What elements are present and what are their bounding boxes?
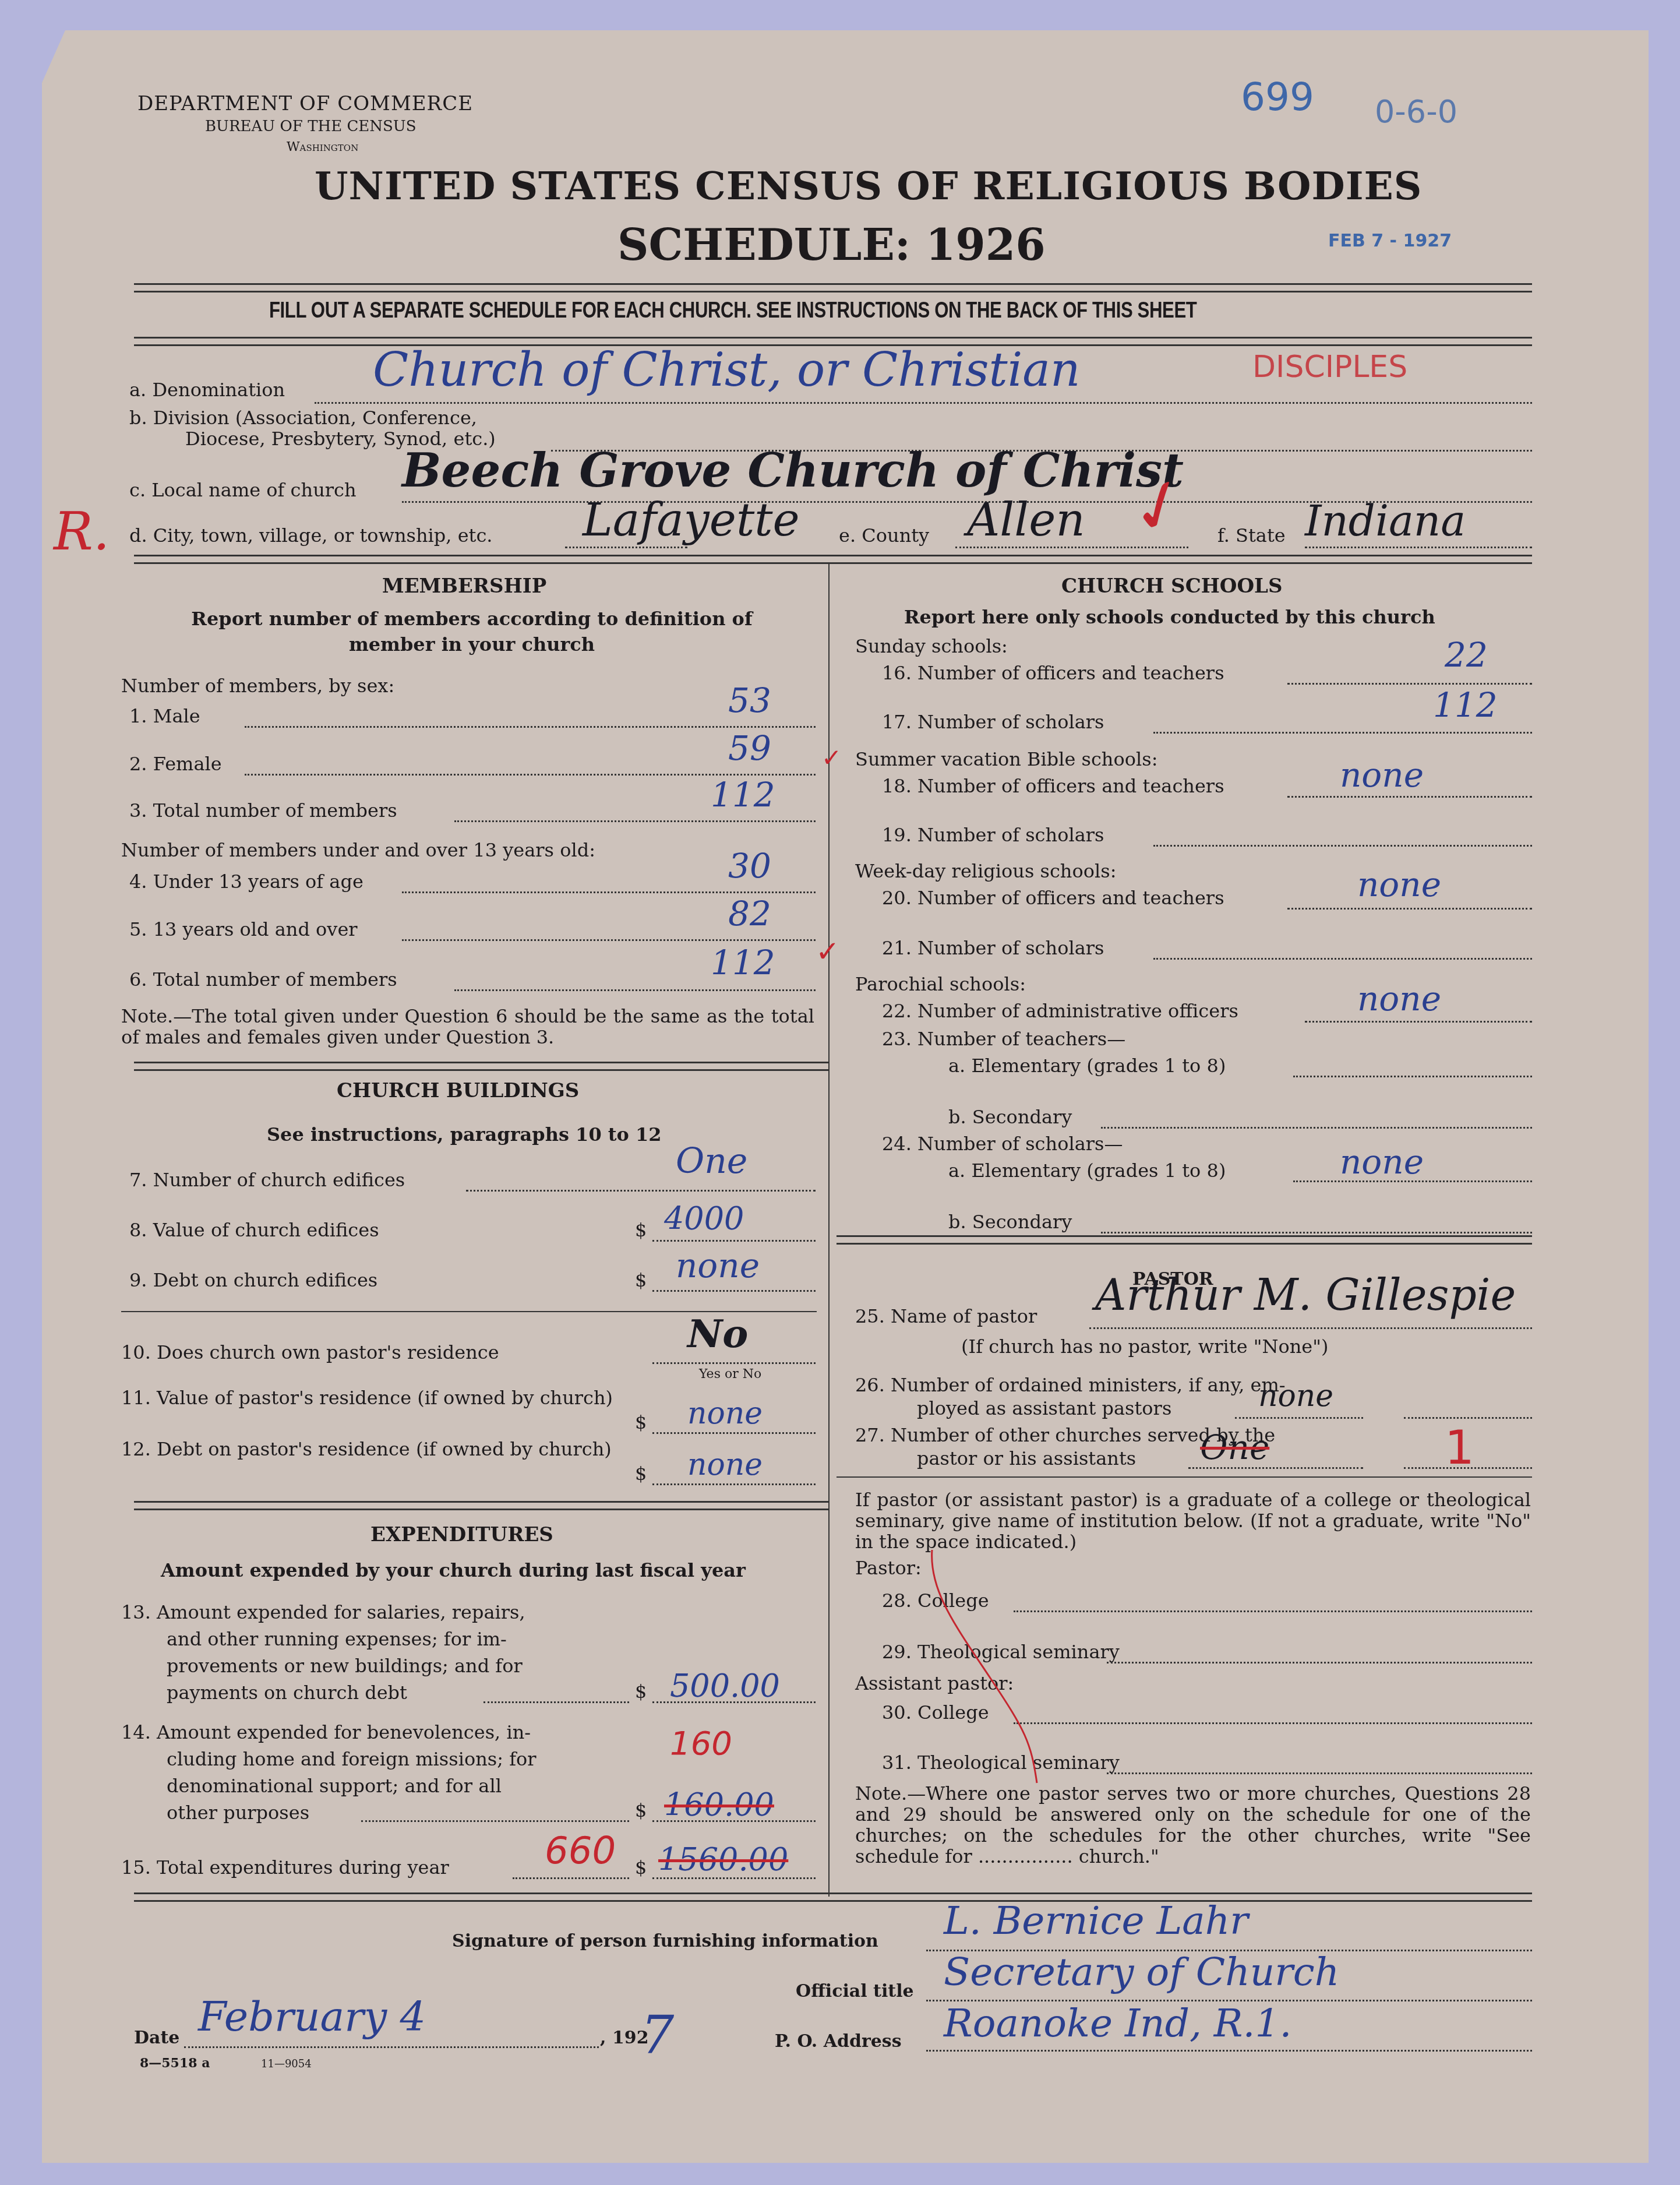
q13-line-2: and other running expenses; for im- bbox=[121, 1626, 525, 1652]
divider bbox=[134, 283, 1532, 292]
q20-label: 20. Number of officers and teachers bbox=[882, 887, 1224, 909]
total-members-label: 3. Total number of members bbox=[129, 799, 397, 822]
form-title: UNITED STATES CENSUS OF RELIGIOUS BODIES bbox=[315, 163, 1423, 209]
pastor-heading: Pastor: bbox=[855, 1557, 922, 1579]
q26-field[interactable]: none bbox=[1258, 1379, 1333, 1414]
divider bbox=[837, 1476, 1532, 1478]
over-13-line bbox=[402, 939, 816, 941]
date-label: Date bbox=[134, 2028, 179, 2048]
q13-line-4: payments on church debt bbox=[121, 1679, 525, 1706]
q14-correction: 160 bbox=[670, 1725, 732, 1763]
q26-line bbox=[1235, 1417, 1363, 1419]
q22-line bbox=[1305, 1021, 1532, 1023]
q26-line-2 bbox=[1404, 1417, 1532, 1419]
edifices-count-line bbox=[466, 1190, 816, 1192]
q14-label: 14. Amount expended for benevolences, in… bbox=[121, 1719, 537, 1826]
over-13-field[interactable]: 82 bbox=[728, 894, 771, 933]
owns-residence-line bbox=[652, 1362, 816, 1364]
state-line bbox=[1305, 547, 1532, 548]
parochial-heading: Parochial schools: bbox=[855, 973, 1026, 995]
female-label: 2. Female bbox=[129, 753, 222, 775]
buildings-subtitle: See instructions, paragraphs 10 to 12 bbox=[267, 1123, 662, 1146]
q23-label: 23. Number of teachers— bbox=[882, 1028, 1125, 1050]
q13-line-1: 13. Amount expended for salaries, repair… bbox=[121, 1599, 525, 1626]
form-number: 8—5518 a bbox=[140, 2056, 210, 2071]
dollar-sign: $ bbox=[635, 1680, 647, 1703]
q24-label: 24. Number of scholars— bbox=[882, 1133, 1123, 1155]
q17-label: 17. Number of scholars bbox=[882, 711, 1104, 733]
signature-label: Signature of person furnishing informati… bbox=[452, 1931, 878, 1951]
membership-subtitle: Report number of members according to de… bbox=[181, 606, 763, 657]
divider bbox=[134, 1501, 828, 1510]
q14-line-1: 14. Amount expended for benevolences, in… bbox=[121, 1719, 537, 1746]
edifices-count-field[interactable]: One bbox=[676, 1141, 747, 1182]
q24b-label: b. Secondary bbox=[948, 1211, 1072, 1233]
dollar-sign: $ bbox=[635, 1269, 647, 1291]
q15-label: 15. Total expenditures during year bbox=[121, 1856, 449, 1879]
pastor-name-field[interactable]: Arthur M. Gillespie bbox=[1095, 1270, 1516, 1320]
under-13-label: 4. Under 13 years of age bbox=[129, 871, 363, 893]
total-members-2-field[interactable]: 112 bbox=[711, 943, 775, 982]
male-label: 1. Male bbox=[129, 705, 200, 727]
divider bbox=[134, 1062, 828, 1071]
q22-label: 22. Number of administrative officers bbox=[882, 1000, 1238, 1022]
division-label: b. Division (Association, Conference, bbox=[129, 407, 477, 429]
state-label: f. State bbox=[1217, 524, 1286, 547]
dollar-sign: $ bbox=[635, 1411, 647, 1433]
total-members-2-label: 6. Total number of members bbox=[129, 968, 397, 991]
po-address-field[interactable]: Roanoke Ind, R.1. bbox=[944, 2001, 1291, 2046]
divider bbox=[134, 555, 1532, 564]
dollar-sign: $ bbox=[635, 1219, 647, 1241]
margin-mark: R. bbox=[54, 501, 110, 562]
stamp-code: 0-6-0 bbox=[1375, 93, 1457, 130]
county-label: e. County bbox=[839, 524, 929, 547]
q18-line bbox=[1287, 796, 1532, 798]
q16-label: 16. Number of officers and teachers bbox=[882, 662, 1224, 684]
edifices-count-label: 7. Number of church edifices bbox=[129, 1169, 405, 1191]
red-pencil-strike bbox=[920, 1544, 1072, 1789]
residence-value-line bbox=[652, 1432, 816, 1434]
date-line bbox=[184, 2046, 599, 2048]
expenditures-title: EXPENDITURES bbox=[370, 1523, 553, 1546]
q26-label-1: 26. Number of ordained ministers, if any… bbox=[855, 1374, 1286, 1396]
q27-line bbox=[1188, 1467, 1363, 1469]
city-label: d. City, town, village, or township, etc… bbox=[129, 524, 493, 547]
sunday-heading: Sunday schools: bbox=[855, 635, 1008, 657]
po-address-label: P. O. Address bbox=[775, 2031, 902, 2052]
edifices-value-label: 8. Value of church edifices bbox=[129, 1219, 379, 1241]
checkmark-icon: ✓ bbox=[816, 935, 840, 968]
q13-field[interactable]: 500.00 bbox=[670, 1668, 780, 1704]
checkmark-icon: ✓ bbox=[821, 743, 842, 772]
q20-line bbox=[1287, 908, 1532, 910]
graduate-instruction: If pastor (or assistant pastor) is a gra… bbox=[855, 1489, 1531, 1552]
q16-field[interactable]: 22 bbox=[1445, 635, 1488, 675]
q28-field bbox=[1014, 1610, 1532, 1612]
owns-residence-field[interactable]: No bbox=[687, 1311, 748, 1356]
signature-field[interactable]: L. Bernice Lahr bbox=[944, 1898, 1248, 1943]
schedule-title: SCHEDULE: 1926 bbox=[617, 220, 1046, 270]
male-line bbox=[245, 726, 816, 728]
residence-value-label: 11. Value of pastor's residence (if owne… bbox=[121, 1384, 628, 1411]
dollar-sign: $ bbox=[635, 1462, 647, 1485]
over-13-label: 5. 13 years old and over bbox=[129, 918, 358, 940]
total-members-field[interactable]: 112 bbox=[711, 775, 775, 815]
q14-line-4: other purposes bbox=[121, 1799, 537, 1826]
q13-dots bbox=[483, 1701, 629, 1703]
bureau-name: BUREAU OF THE CENSUS bbox=[205, 118, 417, 135]
weekday-heading: Week-day religious schools: bbox=[855, 860, 1116, 882]
q18-label: 18. Number of officers and teachers bbox=[882, 775, 1224, 797]
official-title-label: Official title bbox=[796, 1981, 914, 2001]
q23b-label: b. Secondary bbox=[948, 1106, 1072, 1128]
residence-debt-field[interactable]: none bbox=[687, 1447, 763, 1482]
q15-field[interactable]: 1560.00 bbox=[658, 1841, 788, 1878]
under-13-line bbox=[402, 891, 816, 893]
schools-title: CHURCH SCHOOLS bbox=[1061, 575, 1283, 598]
department-name: DEPARTMENT OF COMMERCE bbox=[137, 92, 473, 115]
print-number: 11—9054 bbox=[261, 2058, 312, 2070]
q17-field[interactable]: 112 bbox=[1433, 685, 1498, 725]
schools-subtitle: Report here only schools conducted by th… bbox=[904, 606, 1435, 628]
q14-field[interactable]: 160.00 bbox=[664, 1786, 774, 1823]
female-field[interactable]: 59 bbox=[728, 728, 771, 768]
q15-dots bbox=[513, 1877, 629, 1879]
church-name-label: c. Local name of church bbox=[129, 479, 357, 501]
q18-field[interactable]: none bbox=[1340, 755, 1424, 795]
q13-label: 13. Amount expended for salaries, repair… bbox=[121, 1599, 525, 1706]
summer-heading: Summer vacation Bible schools: bbox=[855, 748, 1157, 770]
male-field[interactable]: 53 bbox=[728, 681, 771, 720]
by-age-heading: Number of members under and over 13 year… bbox=[121, 839, 595, 861]
by-sex-heading: Number of members, by sex: bbox=[121, 675, 394, 697]
edifices-debt-field[interactable]: none bbox=[676, 1246, 760, 1285]
q27-correction: 1 bbox=[1445, 1421, 1474, 1475]
q27-field[interactable]: One bbox=[1200, 1428, 1269, 1467]
denomination-line bbox=[315, 402, 1532, 404]
q27-label-2: pastor or his assistants bbox=[917, 1447, 1136, 1469]
residence-debt-label: 12. Debt on pastor's residence (if owned… bbox=[121, 1436, 628, 1462]
edifices-value-field[interactable]: 4000 bbox=[664, 1200, 744, 1237]
q16-line bbox=[1287, 683, 1532, 685]
q17-line bbox=[1153, 732, 1532, 734]
q14-dots bbox=[361, 1820, 629, 1822]
official-title-field[interactable]: Secretary of Church bbox=[944, 1950, 1339, 1994]
instructions-banner: FILL OUT A SEPARATE SCHEDULE FOR EACH CH… bbox=[269, 298, 1197, 323]
state-field[interactable]: Indiana bbox=[1305, 496, 1466, 545]
q13-line-3: provements or new buildings; and for bbox=[121, 1652, 525, 1679]
q29-field bbox=[1107, 1662, 1532, 1664]
q26-label-2: ployed as assistant pastors bbox=[917, 1397, 1171, 1419]
received-date-stamp: FEB 7 - 1927 bbox=[1328, 231, 1452, 251]
membership-note: Note.—The total given under Question 6 s… bbox=[121, 1006, 814, 1048]
q24a-label: a. Elementary (grades 1 to 8) bbox=[948, 1160, 1226, 1182]
church-name-field[interactable]: Beech Grove Church of Christ bbox=[402, 443, 1184, 498]
stamp-number: 699 bbox=[1241, 75, 1314, 119]
expenditures-subtitle: Amount expended by your church during la… bbox=[161, 1559, 746, 1581]
membership-title: MEMBERSHIP bbox=[382, 575, 546, 598]
q20-field[interactable]: none bbox=[1357, 865, 1441, 904]
county-field[interactable]: Allen bbox=[967, 494, 1085, 547]
edifices-debt-label: 9. Debt on church edifices bbox=[129, 1269, 377, 1291]
edifices-value-line bbox=[652, 1240, 816, 1242]
buildings-title: CHURCH BUILDINGS bbox=[337, 1079, 579, 1102]
denomination-label: a. Denomination bbox=[129, 379, 285, 401]
total-members-2-line bbox=[454, 989, 816, 991]
q31-field bbox=[1107, 1772, 1532, 1774]
divider bbox=[134, 1893, 1532, 1902]
dollar-sign: $ bbox=[635, 1799, 647, 1821]
q21-label: 21. Number of scholars bbox=[882, 937, 1104, 959]
q19-line bbox=[1153, 845, 1532, 847]
residence-value-field[interactable]: none bbox=[687, 1396, 763, 1431]
q25-hint: (If church has no pastor, write "None") bbox=[961, 1335, 1328, 1358]
pastor-note: Note.—Where one pastor serves two or mor… bbox=[855, 1783, 1531, 1867]
denomination-field[interactable]: Church of Christ, or Christian bbox=[373, 343, 1081, 397]
q15-correction: 660 bbox=[545, 1830, 616, 1873]
q14-line-3: denominational support; and for all bbox=[121, 1772, 537, 1799]
date-field[interactable]: February 4 bbox=[198, 1993, 426, 2040]
city-field[interactable]: Lafayette bbox=[583, 494, 800, 547]
residence-debt-line bbox=[652, 1483, 816, 1485]
q24b-line bbox=[1101, 1232, 1532, 1234]
year-field[interactable]: 7 bbox=[641, 2004, 674, 2066]
edifices-debt-line bbox=[652, 1290, 816, 1292]
city-name: Washington bbox=[287, 140, 358, 154]
q22-field[interactable]: none bbox=[1357, 979, 1441, 1019]
po-address-line bbox=[926, 2050, 1532, 2052]
under-13-field[interactable]: 30 bbox=[728, 846, 771, 886]
q24a-field[interactable]: none bbox=[1340, 1142, 1424, 1182]
q30-field bbox=[1014, 1722, 1532, 1724]
q25-line bbox=[1089, 1327, 1532, 1329]
q25-label: 25. Name of pastor bbox=[855, 1305, 1037, 1327]
dollar-sign: $ bbox=[635, 1856, 647, 1879]
q23a-line bbox=[1293, 1076, 1532, 1077]
disciples-stamp: DISCIPLES bbox=[1252, 350, 1407, 385]
owns-residence-label: 10. Does church own pastor's residence bbox=[121, 1341, 499, 1363]
q23a-label: a. Elementary (grades 1 to 8) bbox=[948, 1055, 1226, 1077]
q21-line bbox=[1153, 958, 1532, 960]
q23b-line bbox=[1101, 1127, 1532, 1129]
divider bbox=[837, 1235, 1532, 1245]
total-members-line bbox=[454, 820, 816, 822]
yes-no-hint: Yes or No bbox=[699, 1367, 761, 1382]
q19-label: 19. Number of scholars bbox=[882, 824, 1104, 846]
city-line bbox=[565, 547, 687, 548]
q14-line-2: cluding home and foreign missions; for bbox=[121, 1746, 537, 1772]
